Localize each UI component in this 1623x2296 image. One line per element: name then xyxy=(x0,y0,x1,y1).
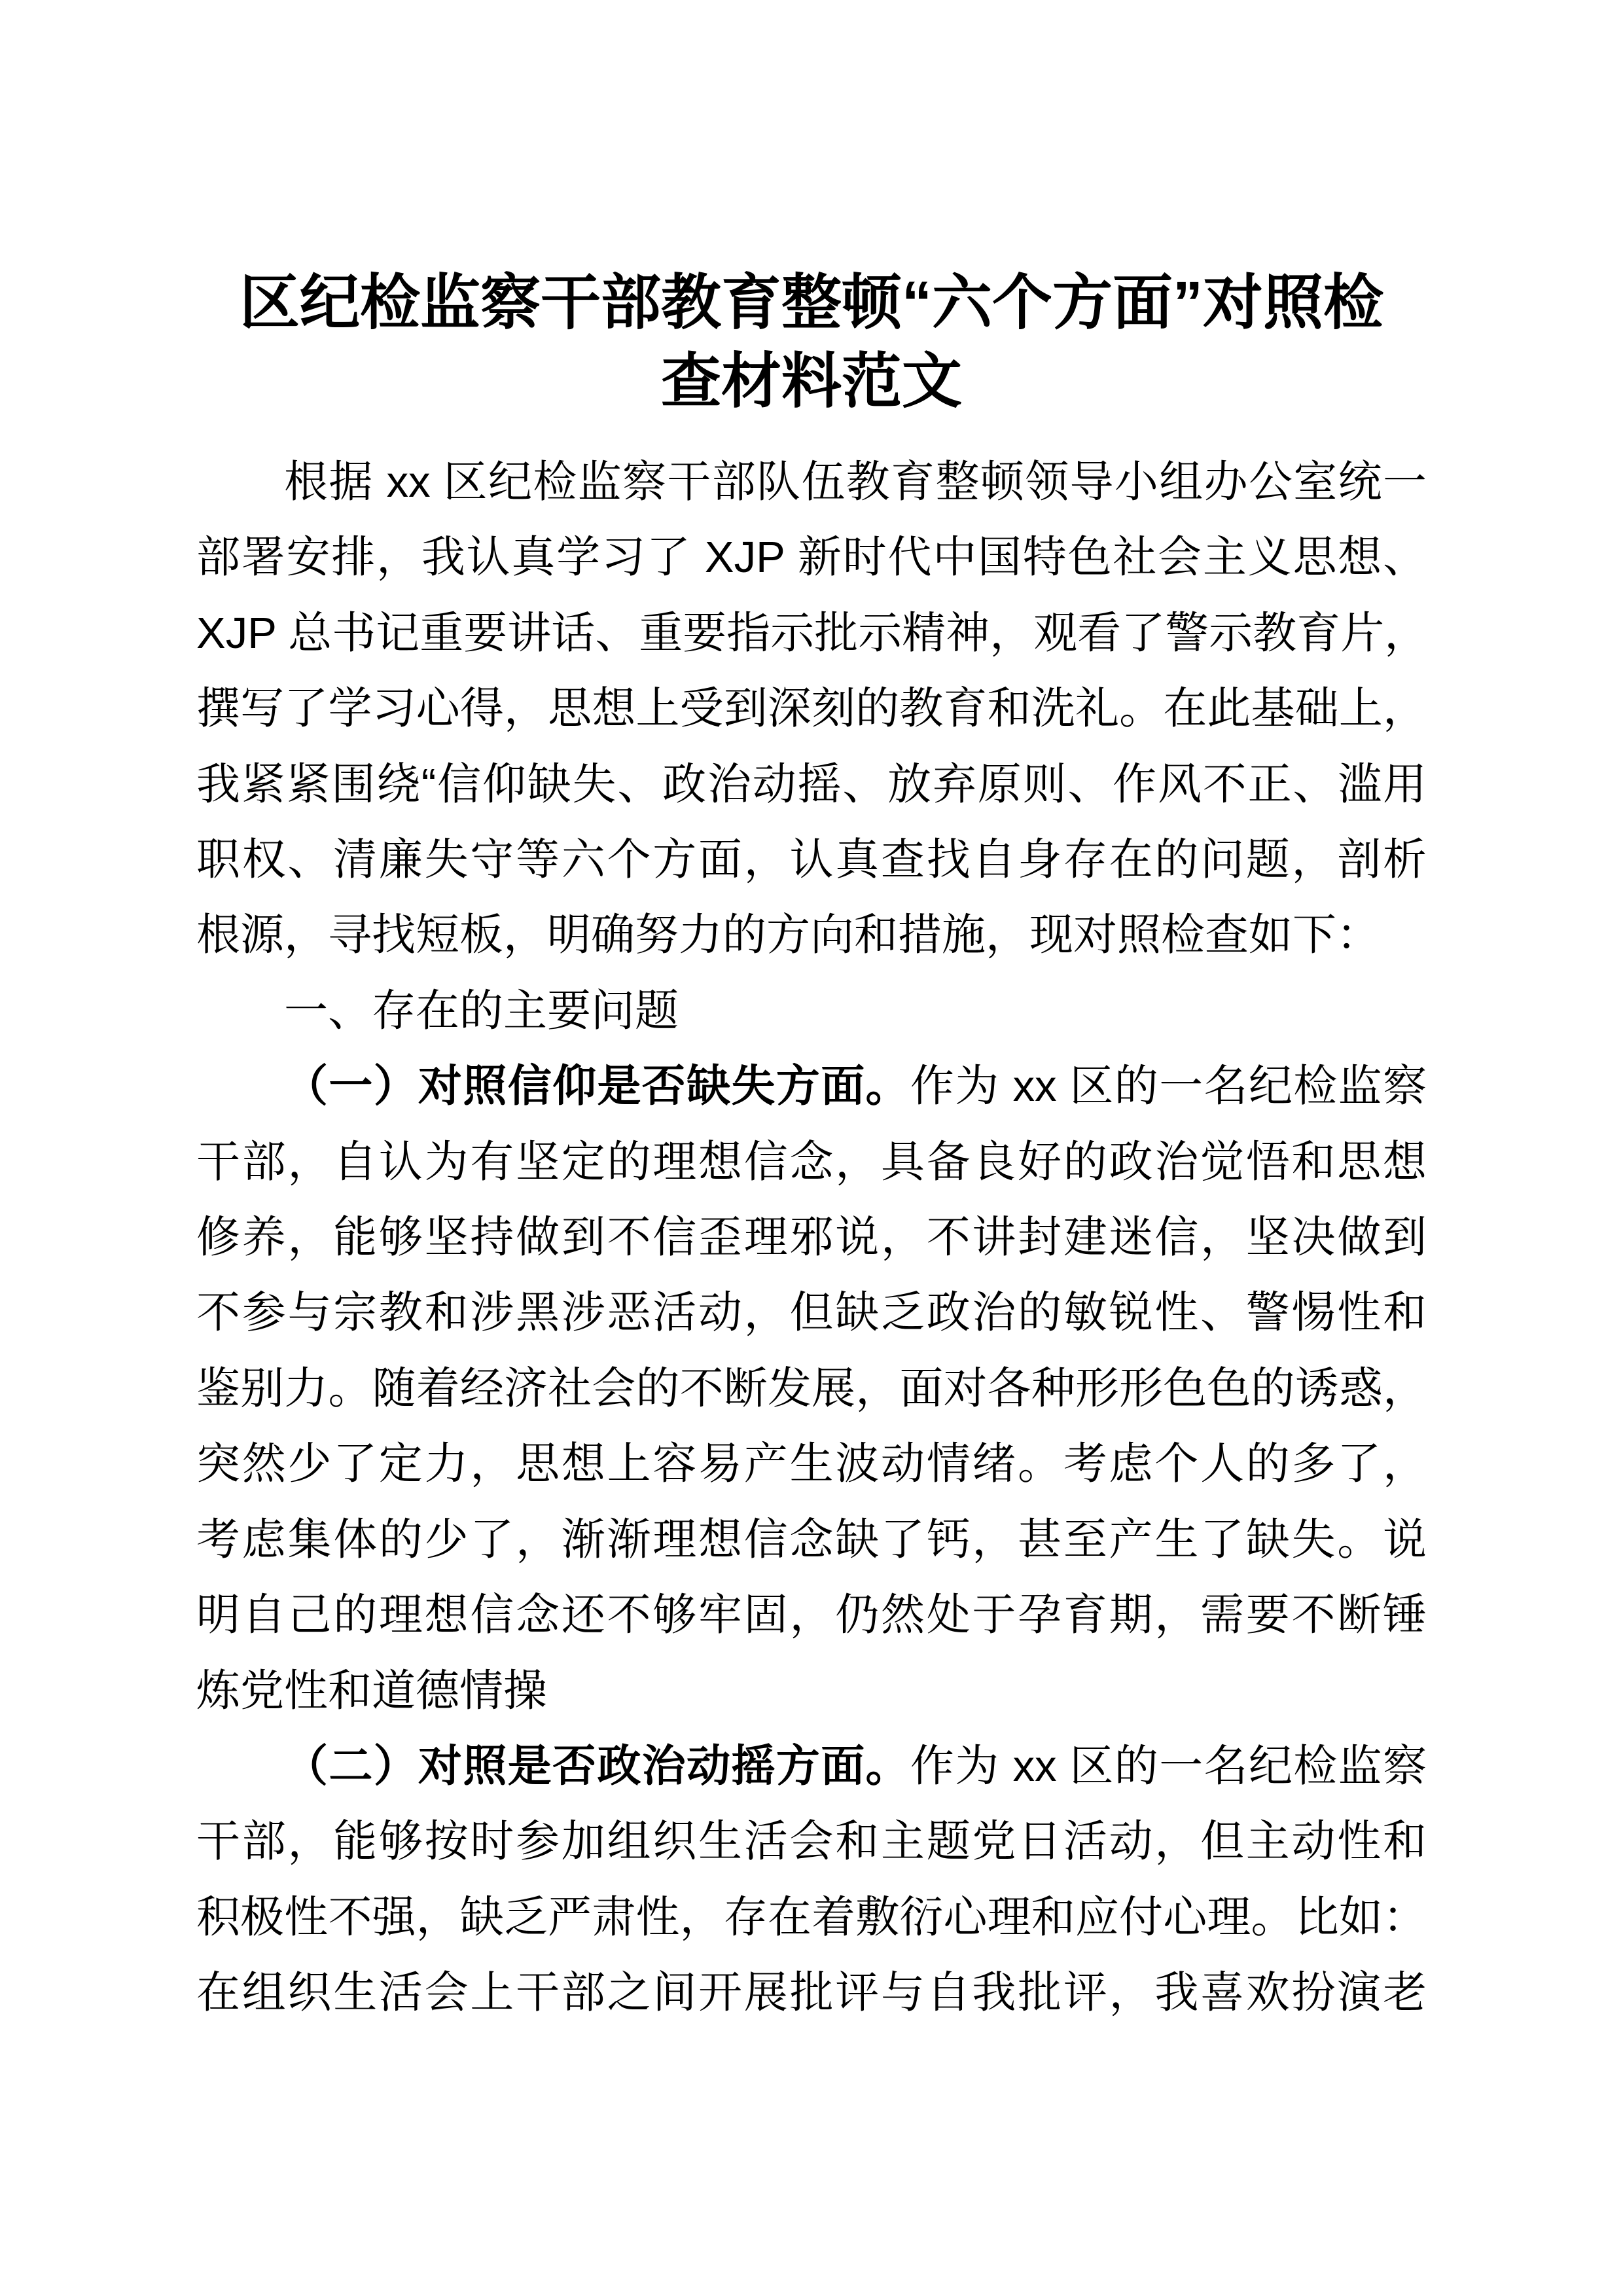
line-text: 部署安排，我认真学习了 XJP 新时代中国特色社会主义思想、 xyxy=(196,533,1427,582)
line-text: 积极性不强，缺乏严肃性，存在着敷衍心理和应付心理。比如： xyxy=(196,1893,1427,1942)
line-text: 在组织生活会上干部之间开展批评与自我批评，我喜欢扮演老 xyxy=(196,1968,1427,2017)
line-text: 炼党性和道德情操 xyxy=(196,1666,547,1715)
line-bold-segment: （一）对照信仰是否缺失方面。 xyxy=(284,1062,910,1111)
paragraph-line: 干部，能够按时参加组织生活会和主题党日活动，但主动性和 xyxy=(196,1804,1427,1879)
line-text: 明自己的理想信念还不够牢固，仍然处于孕育期，需要不断锤 xyxy=(196,1590,1427,1640)
paragraph-line: 修养，能够坚持做到不信歪理邪说，不讲封建迷信，坚决做到 xyxy=(196,1200,1427,1275)
paragraph-line: 我紧紧围绕“信仰缺失、政治动摇、放弃原则、作风不正、滥用 xyxy=(196,747,1427,822)
paragraph-line: 撰写了学习心得，思想上受到深刻的教育和洗礼。在此基础上， xyxy=(196,671,1427,746)
line-text: XJP 总书记重要讲话、重要指示批示精神，观看了警示教育片， xyxy=(196,609,1428,658)
line-text: 根据 xx 区纪检监察干部队伍教育整顿领导小组办公室统一 xyxy=(284,457,1427,507)
paragraph-line: 积极性不强，缺乏严肃性，存在着敷衍心理和应付心理。比如： xyxy=(196,1880,1427,1955)
line-text: 干部，自认为有坚定的理想信念，具备良好的政治觉悟和思想 xyxy=(196,1138,1427,1187)
line-text: 干部，能够按时参加组织生活会和主题党日活动，但主动性和 xyxy=(196,1817,1427,1866)
paragraph-line: 不参与宗教和涉黑涉恶活动，但缺乏政治的敏锐性、警惕性和 xyxy=(196,1275,1427,1350)
line-text: 作为 xx 区的一名纪检监察 xyxy=(910,1062,1427,1111)
title-line-2: 查材料范文 xyxy=(196,342,1427,421)
paragraph-line: 突然少了定力，思想上容易产生波动情绪。考虑个人的多了， xyxy=(196,1426,1427,1501)
paragraph-line: 根据 xx 区纪检监察干部队伍教育整顿领导小组办公室统一 xyxy=(196,444,1427,520)
line-text: 鉴别力。随着经济社会的不断发展，面对各种形形色色的诱惑， xyxy=(196,1364,1427,1413)
paragraph-line: XJP 总书记重要讲话、重要指示批示精神，观看了警示教育片， xyxy=(196,596,1427,671)
paragraph-line: 炼党性和道德情操 xyxy=(196,1653,1427,1729)
line-text: 职权、清廉失守等六个方面，认真查找自身存在的问题，剖析 xyxy=(196,835,1427,884)
line-text: 一、存在的主要问题 xyxy=(284,986,679,1035)
paragraph-line: 鉴别力。随着经济社会的不断发展，面对各种形形色色的诱惑， xyxy=(196,1351,1427,1426)
paragraph-line: 在组织生活会上干部之间开展批评与自我批评，我喜欢扮演老 xyxy=(196,1955,1427,2030)
section-heading: 一、存在的主要问题 xyxy=(196,973,1427,1049)
line-bold-segment: （二）对照是否政治动摇方面。 xyxy=(284,1742,910,1791)
line-text: 突然少了定力，思想上容易产生波动情绪。考虑个人的多了， xyxy=(196,1439,1427,1488)
document-title: 区纪检监察干部教育整顿“六个方面”对照检 查材料范文 xyxy=(196,264,1427,421)
paragraph-line: （一）对照信仰是否缺失方面。作为 xx 区的一名纪检监察 xyxy=(196,1049,1427,1124)
paragraph-line: 考虑集体的少了，渐渐理想信念缺了钙，甚至产生了缺失。说 xyxy=(196,1502,1427,1577)
line-text: 考虑集体的少了，渐渐理想信念缺了钙，甚至产生了缺失。说 xyxy=(196,1515,1427,1564)
document-body: 根据 xx 区纪检监察干部队伍教育整顿领导小组办公室统一 部署安排，我认真学习了… xyxy=(196,444,1427,2031)
document-page: 区纪检监察干部教育整顿“六个方面”对照检 查材料范文 根据 xx 区纪检监察干部… xyxy=(0,0,1623,2296)
line-text: 修养，能够坚持做到不信歪理邪说，不讲封建迷信，坚决做到 xyxy=(196,1213,1427,1262)
paragraph-line: （二）对照是否政治动摇方面。作为 xx 区的一名纪检监察 xyxy=(196,1729,1427,1804)
paragraph-line: 职权、清廉失守等六个方面，认真查找自身存在的问题，剖析 xyxy=(196,822,1427,897)
line-text: 作为 xx 区的一名纪检监察 xyxy=(910,1742,1427,1791)
paragraph-line: 部署安排，我认真学习了 XJP 新时代中国特色社会主义思想、 xyxy=(196,520,1427,595)
paragraph-line: 根源，寻找短板，明确努力的方向和措施，现对照检查如下： xyxy=(196,897,1427,973)
line-text: 撰写了学习心得，思想上受到深刻的教育和洗礼。在此基础上， xyxy=(196,684,1427,733)
line-text: 我紧紧围绕“信仰缺失、政治动摇、放弃原则、作风不正、滥用 xyxy=(196,760,1427,809)
line-text: 不参与宗教和涉黑涉恶活动，但缺乏政治的敏锐性、警惕性和 xyxy=(196,1288,1427,1337)
paragraph-line: 明自己的理想信念还不够牢固，仍然处于孕育期，需要不断锤 xyxy=(196,1577,1427,1653)
paragraph-line: 干部，自认为有坚定的理想信念，具备良好的政治觉悟和思想 xyxy=(196,1124,1427,1200)
line-text: 根源，寻找短板，明确努力的方向和措施，现对照检查如下： xyxy=(196,910,1380,960)
title-line-1: 区纪检监察干部教育整顿“六个方面”对照检 xyxy=(196,264,1427,342)
